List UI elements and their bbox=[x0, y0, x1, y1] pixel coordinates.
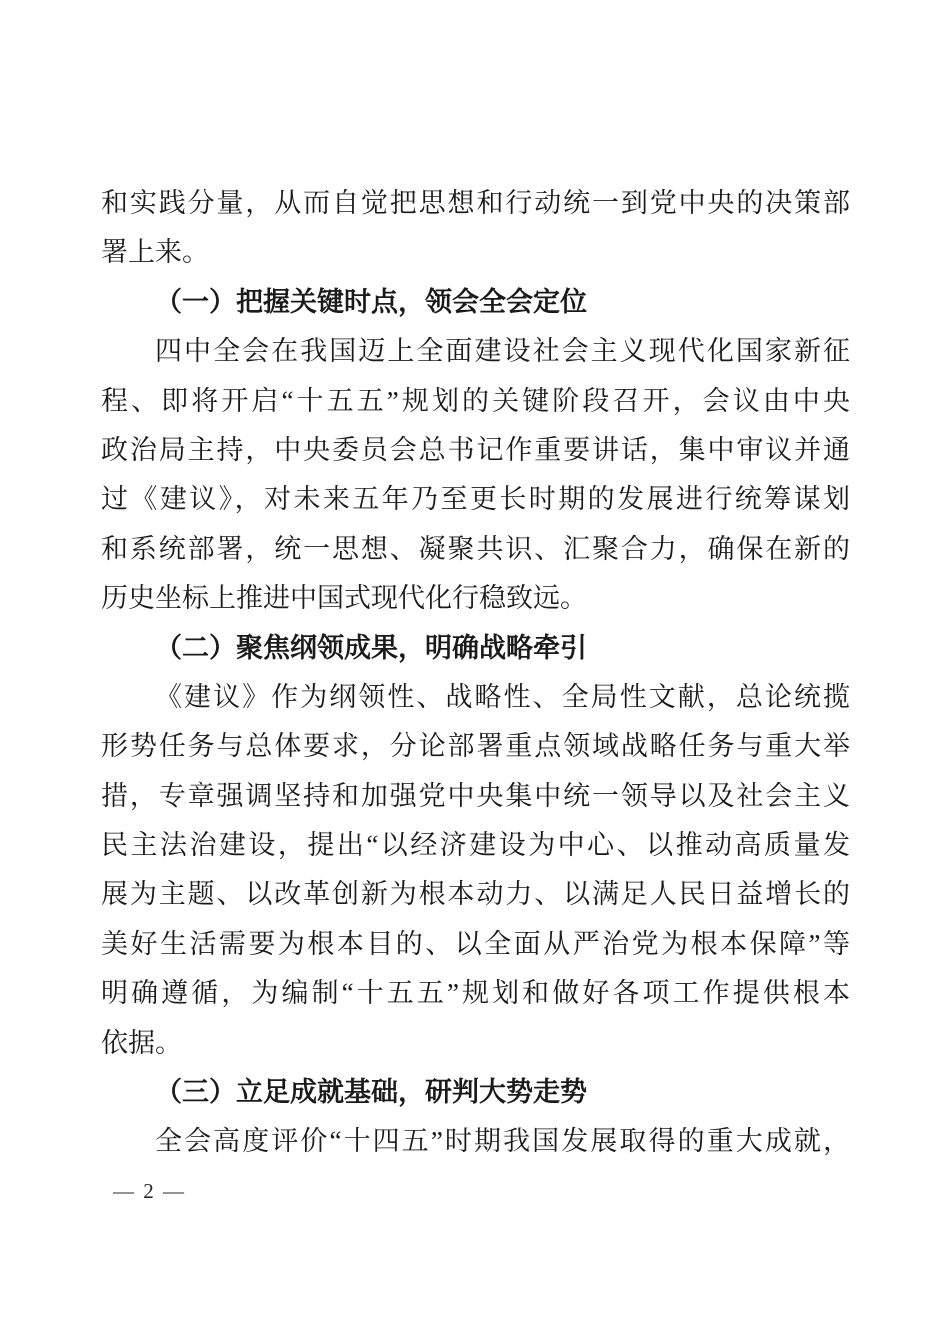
text-line: 形势任务与总体要求，分论部署重点领域战略任务与重大举 bbox=[101, 722, 850, 771]
text-line: 和系统部署，统一思想、凝聚共识、汇聚合力，确保在新的 bbox=[101, 525, 850, 574]
page-number: — 2 — bbox=[113, 1179, 186, 1203]
section-heading: （二）聚焦纲领成果，明确战略牵引 bbox=[101, 624, 850, 673]
text-line: 过《建议》，对未来五年乃至更长时期的发展进行统筹谋划 bbox=[101, 475, 850, 524]
document-page: 和实践分量，从而自觉把思想和行动统一到党中央的决策部 署上来。 （一）把握关键时… bbox=[0, 0, 950, 1344]
page-footer: — 2 — bbox=[113, 1176, 186, 1206]
text-line: 全会高度评价“十四五”时期我国发展取得的重大成就， bbox=[101, 1117, 850, 1166]
text-line: 署上来。 bbox=[101, 228, 850, 277]
text-line: 明确遵循，为编制“十五五”规划和做好各项工作提供根本 bbox=[101, 969, 850, 1018]
text-line: 历史坐标上推进中国式现代化行稳致远。 bbox=[101, 574, 850, 623]
section-heading: （三）立足成就基础，研判大势走势 bbox=[101, 1068, 850, 1117]
text-line: 《建议》作为纲领性、战略性、全局性文献，总论统揽 bbox=[101, 673, 850, 722]
text-line: 和实践分量，从而自觉把思想和行动统一到党中央的决策部 bbox=[101, 179, 850, 228]
text-line: 展为主题、以改革创新为根本动力、以满足人民日益增长的 bbox=[101, 870, 850, 919]
text-line: 政治局主持，中央委员会总书记作重要讲话，集中审议并通 bbox=[101, 426, 850, 475]
text-line: 美好生活需要为根本目的、以全面从严治党为根本保障”等 bbox=[101, 920, 850, 969]
document-body: 和实践分量，从而自觉把思想和行动统一到党中央的决策部 署上来。 （一）把握关键时… bbox=[101, 179, 850, 1167]
text-line: 措，专章强调坚持和加强党中央集中统一领导以及社会主义 bbox=[101, 772, 850, 821]
text-line: 四中全会在我国迈上全面建设社会主义现代化国家新征 bbox=[101, 327, 850, 376]
section-heading: （一）把握关键时点，领会全会定位 bbox=[101, 278, 850, 327]
text-line: 程、即将开启“十五五”规划的关键阶段召开，会议由中央 bbox=[101, 377, 850, 426]
text-line: 依据。 bbox=[101, 1019, 850, 1068]
text-line: 民主法治建设，提出“以经济建设为中心、以推动高质量发 bbox=[101, 821, 850, 870]
